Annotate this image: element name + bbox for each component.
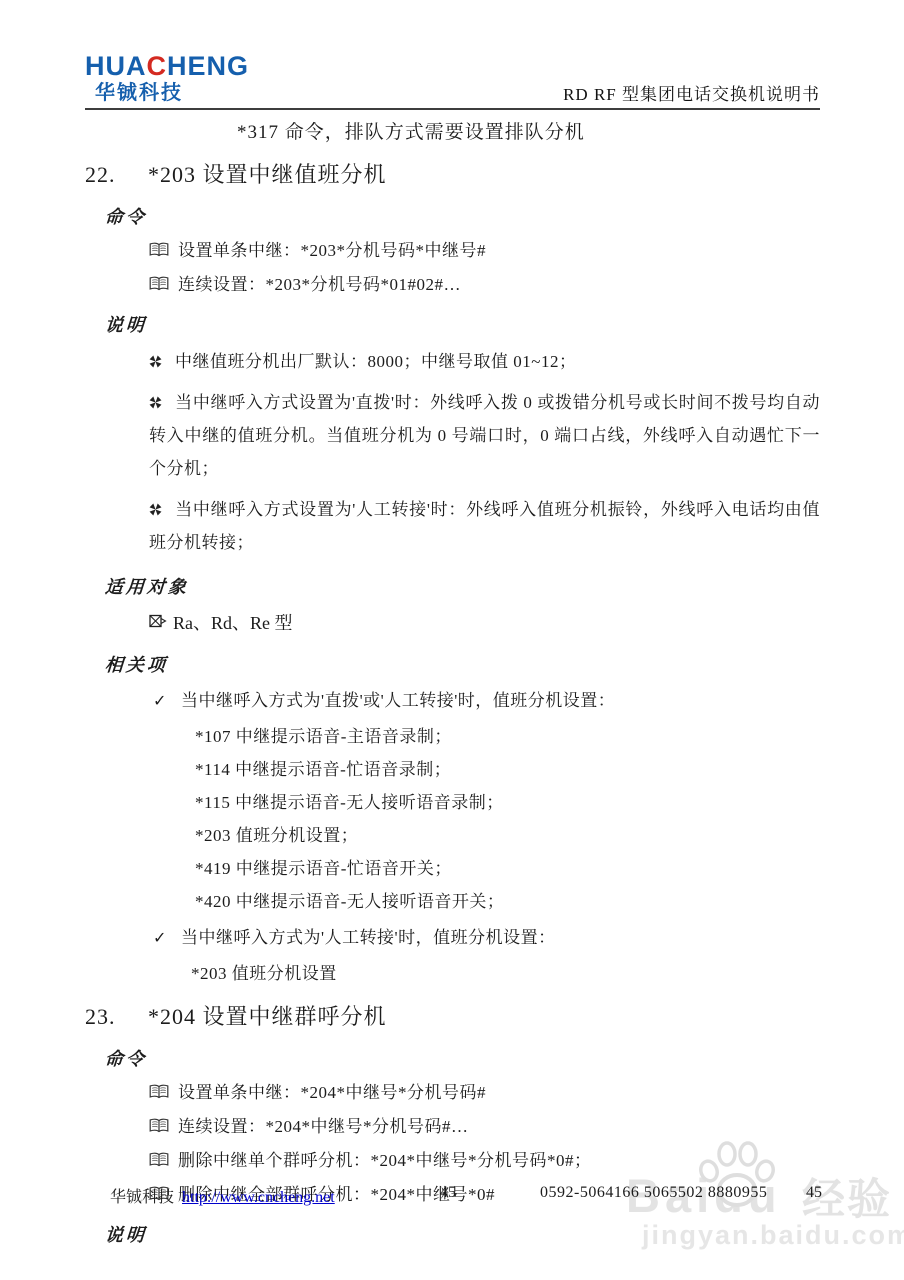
manual-page: Baidu 经验 jingyan.baidu.com HUACHENG 华铖科技… xyxy=(0,0,904,1280)
section-number: 23. xyxy=(85,1004,148,1030)
description-item: 中继值班分机出厂默认：8000；中继号取值 01~12； xyxy=(149,345,820,378)
logo-part-red: C xyxy=(147,51,168,81)
section-title: *203 设置中继值班分机 xyxy=(148,158,387,189)
command-item: 连续设置：*203*分机号码*01#02#… xyxy=(149,273,820,297)
huacheng-logo: HUACHENG xyxy=(85,52,820,80)
page-footer: 华铖科技http://www.cncheng.net 45 0592-50641… xyxy=(0,1184,904,1210)
related-item: ✓当中继呼入方式为'人工转接'时，值班分机设置： xyxy=(153,923,820,953)
related-item: ✓当中继呼入方式为'直拨'或'人工转接'时，值班分机设置： xyxy=(153,686,820,716)
command-text: 连续设置：*203*分机号码*01#02#… xyxy=(178,273,461,297)
footer-page-number-right: 45 xyxy=(806,1184,822,1202)
command-label: 命令 xyxy=(104,1045,821,1071)
page-header: HUACHENG 华铖科技 RD RF 型集团电话交换机说明书 xyxy=(85,0,820,110)
section-number: 22. xyxy=(85,162,148,188)
description-label: 说明 xyxy=(104,311,821,337)
pinwheel-bullet-icon xyxy=(149,346,162,379)
command-item: 连续设置：*204*中继号*分机号码#… xyxy=(149,1115,820,1139)
document-title: RD RF 型集团电话交换机说明书 xyxy=(563,80,820,105)
related-sub-item: *419 中继提示语音-忙语音开关； xyxy=(195,856,820,881)
related-sub-item: *115 中继提示语音-无人接听语音录制； xyxy=(195,790,820,815)
open-book-icon xyxy=(149,1150,169,1174)
pinwheel-bullet-icon xyxy=(149,387,162,420)
boxed-x-icon xyxy=(149,609,167,637)
command-text: 设置单条中继：*204*中继号*分机号码# xyxy=(178,1081,486,1105)
command-label: 命令 xyxy=(104,203,821,229)
footer-company: 华铖科技 xyxy=(110,1189,174,1206)
open-book-icon xyxy=(149,240,169,264)
command-text: 连续设置：*204*中继号*分机号码#… xyxy=(178,1115,469,1139)
footer-phone-numbers: 0592-5064166 5065502 8880955 xyxy=(540,1184,767,1202)
applicable-label: 适用对象 xyxy=(104,573,821,599)
command-item: 设置单条中继：*204*中继号*分机号码# xyxy=(149,1081,820,1105)
description-item: 当中继呼入方式设置为'人工转接'时：外线呼入值班分机振铃，外线呼入电话均由值班分… xyxy=(149,493,820,559)
logo-part: HENG xyxy=(167,51,249,81)
section-23-heading: 23. *204 设置中继群呼分机 xyxy=(85,1000,820,1031)
logo-part: HUA xyxy=(85,51,147,81)
related-sub-item: *107 中继提示语音-主语音录制； xyxy=(195,724,820,749)
carryover-note: *317 命令，排队方式需要设置排队分机 xyxy=(237,117,820,144)
related-sub-item: *203 值班分机设置 xyxy=(191,961,820,986)
description-item: 当中继呼入方式设置为'直拨'时：外线呼入拨 0 或拨错分机号或长时间不拨号均自动… xyxy=(149,386,820,485)
related-sub-item: *203 值班分机设置； xyxy=(195,823,820,848)
command-item: 删除中继单个群呼分机：*204*中继号*分机号码*0#； xyxy=(149,1149,820,1173)
description-label: 说明 xyxy=(104,1221,821,1247)
check-icon: ✓ xyxy=(153,686,181,716)
description-text: 当中继呼入方式设置为'直拨'时：外线呼入拨 0 或拨错分机号或长时间不拨号均自动… xyxy=(149,393,820,478)
section-22-heading: 22. *203 设置中继值班分机 xyxy=(85,158,820,189)
footer-company-group: 华铖科技http://www.cncheng.net xyxy=(110,1184,335,1207)
description-text: 当中继呼入方式设置为'人工转接'时：外线呼入值班分机振铃，外线呼入电话均由值班分… xyxy=(149,500,820,552)
section-title: *204 设置中继群呼分机 xyxy=(148,1000,387,1031)
related-text: 当中继呼入方式为'人工转接'时，值班分机设置： xyxy=(181,928,556,947)
footer-website-link[interactable]: http://www.cncheng.net xyxy=(182,1189,335,1206)
open-book-icon xyxy=(149,1116,169,1140)
command-item: 设置单条中继：*203*分机号码*中继号# xyxy=(149,239,820,263)
open-book-icon xyxy=(149,274,169,298)
pinwheel-bullet-icon xyxy=(149,494,162,527)
open-book-icon xyxy=(149,1082,169,1106)
command-text: 删除中继单个群呼分机：*204*中继号*分机号码*0#； xyxy=(178,1149,592,1173)
related-text: 当中继呼入方式为'直拨'或'人工转接'时，值班分机设置： xyxy=(181,691,615,710)
applicable-text: Ra、Rd、Re 型 xyxy=(173,609,293,637)
applicable-item: Ra、Rd、Re 型 xyxy=(149,609,820,637)
related-sub-item: *114 中继提示语音-忙语音录制； xyxy=(195,757,820,782)
command-text: 设置单条中继：*203*分机号码*中继号# xyxy=(178,239,486,263)
description-text: 中继值班分机出厂默认：8000；中继号取值 01~12； xyxy=(175,352,576,371)
related-label: 相关项 xyxy=(104,651,821,677)
related-sub-item: *420 中继提示语音-无人接听语音开关； xyxy=(195,889,820,914)
footer-page-number: 45 xyxy=(440,1184,456,1202)
check-icon: ✓ xyxy=(153,923,181,953)
